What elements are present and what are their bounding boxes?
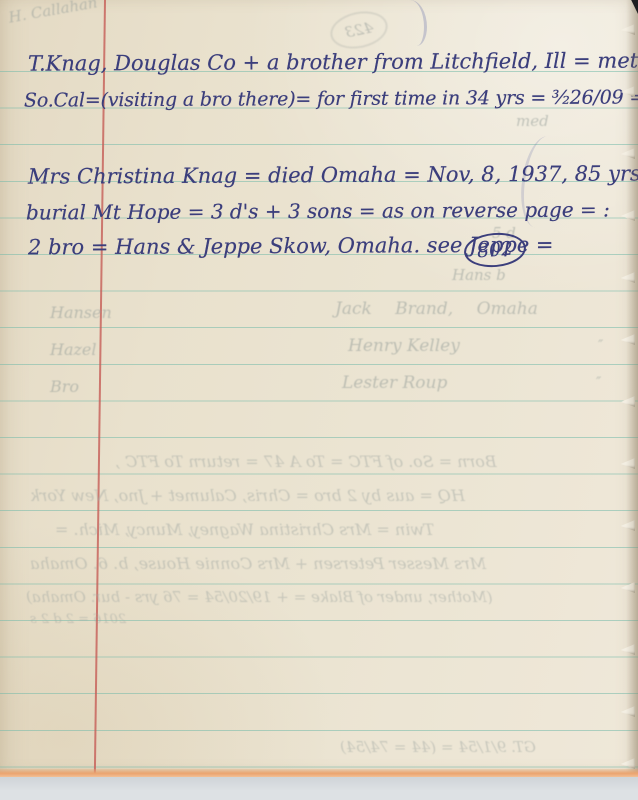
ghost-text: Jack Brand, Omaha	[335, 299, 538, 319]
notebook-paper: H. Callahan 423 med 5 d Hans b Hansen Ja…	[0, 0, 638, 777]
ghost-text: Hazel	[50, 340, 97, 359]
ghost-text: Hans b	[452, 266, 506, 284]
handwritten-line-3: Mrs Christina Knag = died Omaha = Nov, 8…	[28, 161, 638, 188]
ghost-mirrored-text: (Mother, under of Blake = + 19/20/54 = 7…	[26, 588, 493, 606]
handwritten-line-2: So.Cal=(visiting a bro there)= for first…	[24, 86, 638, 111]
ghost-ditto-mark: ″	[598, 338, 603, 354]
ghost-text: Lester Roup	[342, 373, 447, 393]
ink-bleed-curve	[398, 0, 427, 46]
ghost-ditto-mark: ″	[596, 375, 601, 391]
ghost-mirrored-text: 2016 = 2 d 2 s	[30, 612, 126, 627]
ghost-text: Henry Kelley	[348, 336, 460, 356]
ghost-mirrored-text: Mrs Messer Petersen + Mrs Connie House, …	[30, 554, 486, 573]
ghost-text: Hansen	[50, 303, 112, 322]
ghost-text: Bro	[50, 377, 79, 396]
ghost-mirrored-text: Born = So. of FTC = To A 47 = return To …	[115, 452, 497, 471]
handwritten-line-4: burial Mt Hope = 3 d's + 3 sons = as on …	[26, 197, 610, 224]
ghost-circled-number: 423	[327, 6, 391, 53]
ghost-text: H. Callahan	[7, 0, 99, 27]
scanner-background	[0, 777, 638, 800]
ghost-text: med	[516, 112, 549, 130]
ghost-mirrored-text: Twin = Mrs Christina Wagney, Muncy, Mich…	[55, 520, 434, 539]
handwritten-line-1: T.Knag, Douglas Co + a brother from Litc…	[28, 48, 638, 75]
page-bottom-edge	[0, 769, 638, 777]
ghost-mirrored-text: HQ = aus by 2 bro = Chris, Calumet + Jno…	[30, 486, 465, 505]
ghost-mirrored-text: GT. 9/1/54 = (44 = 74/54)	[340, 738, 536, 756]
page-edge-shadow	[626, 0, 638, 777]
scanned-notebook-page: H. Callahan 423 med 5 d Hans b Hansen Ja…	[0, 0, 638, 800]
